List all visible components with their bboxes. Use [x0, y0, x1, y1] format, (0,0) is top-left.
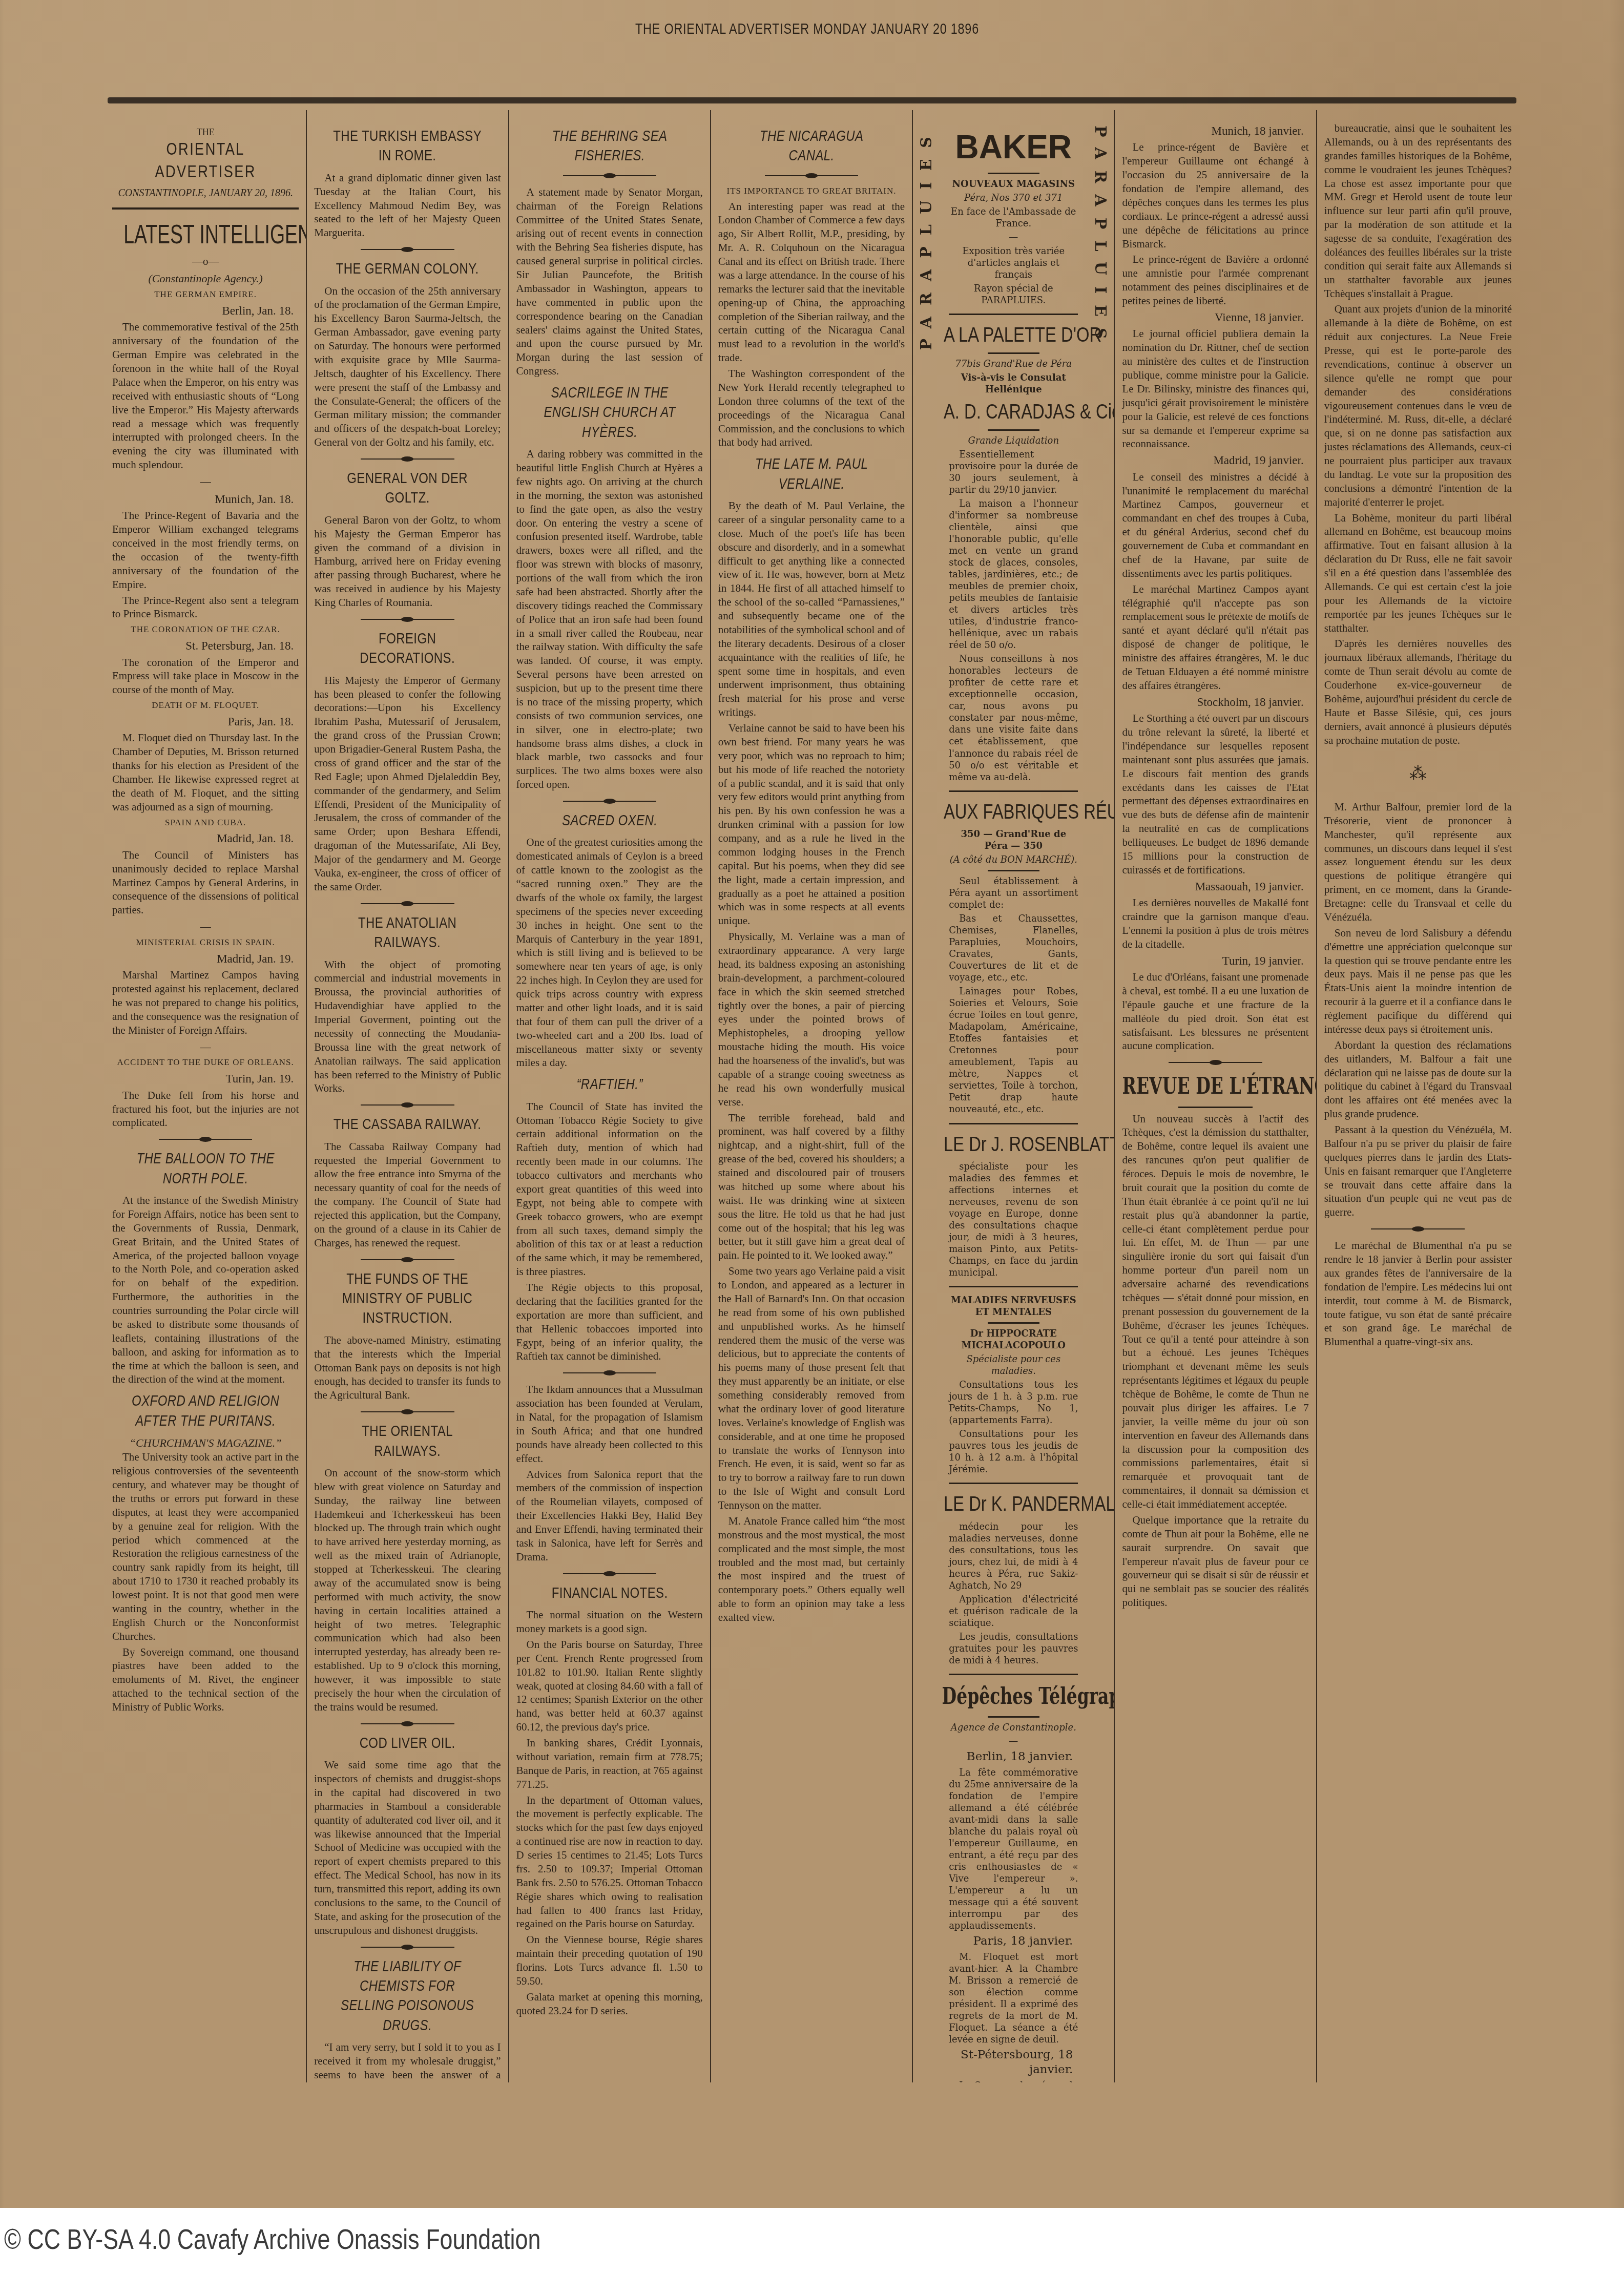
display-heading: REVUE DE L'ÉTRANGER.: [1122, 1072, 1308, 1101]
dateline: Berlin, Jan. 18.: [112, 303, 294, 318]
asterism: ⁂: [1324, 762, 1512, 785]
paragraph: Le prince-régent de Bavière a ordonné un…: [1122, 253, 1308, 308]
paragraph: Galata market at opening this morning, q…: [516, 1990, 703, 2018]
ornament-rule: [314, 617, 501, 622]
paragraph: Some two years ago Verlaine paid a visit…: [718, 1264, 905, 1512]
ad-heading: LE Dr K. PANDERMALY,: [944, 1491, 1083, 1517]
ad-heading: A. D. CARADJAS & Cie: [944, 399, 1083, 425]
ad-line: Rayon spécial de PARAPLUIES.: [949, 283, 1078, 306]
separator: —: [112, 920, 299, 934]
dateline: Stockholm, 18 janvier.: [1122, 695, 1303, 710]
paragraph: The Prince-Regent of Bavaria and the Emp…: [112, 509, 299, 591]
paragraph: On account of the snow-storm which blew …: [314, 1466, 501, 1714]
article-headline: THE GERMAN COLONY.: [333, 259, 482, 279]
paragraph: Nous conseillons à nos honorables lecteu…: [949, 653, 1078, 783]
paragraph: M. Floquet est mort avant-hier. A la Cha…: [949, 1951, 1078, 2046]
ad-heading: LE Dr J. ROSENBLATT: [944, 1132, 1083, 1158]
ad-line: En face de l'Ambassade de France.: [949, 206, 1078, 230]
paragraph: By Sovereign command, one thousand piast…: [112, 1645, 299, 1714]
ornament-rule: [314, 456, 501, 462]
paragraph: The terrible forehead, bald and prominen…: [718, 1111, 905, 1263]
paragraph: In the department of Ottoman values, the…: [516, 1794, 703, 1931]
ad-line: Spécialiste pour ces maladies.: [949, 1353, 1078, 1377]
paragraph: On the Viennese bourse, Régie shares mai…: [516, 1933, 703, 1988]
article-headline: THE BEHRING SEA FISHERIES.: [535, 127, 684, 166]
paragraph: Le Storthing a été ouvert par un discour…: [1122, 712, 1308, 877]
article-headline: FOREIGN DECORATIONS.: [333, 629, 482, 669]
paragraph: General Baron von der Goltz, to whom his…: [314, 513, 501, 610]
paragraph: The coronation of the Emperor and Empres…: [112, 656, 299, 697]
ad-divider: [949, 1483, 1078, 1484]
paragraph: Le duc d'Orléans, faisant une promenade …: [1122, 970, 1308, 1053]
paragraph: La Bohème, moniteur du parti libéral all…: [1324, 511, 1512, 635]
ad-line: Exposition très variée d'articles anglai…: [949, 245, 1078, 281]
ornament-rule: [314, 1257, 501, 1262]
newspaper-page: THE ORIENTAL ADVERTISER MONDAY JANUARY 2…: [0, 0, 1624, 2208]
paragraph: The Prince-Regent also sent a telegram t…: [112, 594, 299, 621]
short-rule: [988, 1716, 1039, 1718]
article-headline: THE NICARAGUA CANAL.: [737, 127, 886, 166]
paragraph: Son neveu de lord Salisbury a défendu d'…: [1324, 926, 1512, 1036]
masthead-title: ORIENTAL ADVERTISER: [131, 138, 280, 183]
paragraph: Le maréchal de Blumenthal n'a pu se rend…: [1324, 1239, 1512, 1349]
paragraph: By the death of M. Paul Verlaine, the ca…: [718, 499, 905, 719]
article-headline: SACRILEGE IN THE ENGLISH CHURCH AT HYÈRE…: [535, 383, 684, 442]
ornament-rule: [1324, 1226, 1512, 1232]
separator: —: [112, 1040, 299, 1054]
running-head: THE ORIENTAL ADVERTISER MONDAY JANUARY 2…: [635, 20, 1115, 38]
paragraph: The normal situation on the Western mone…: [516, 1608, 703, 1636]
paragraph: Le conseil des ministres a décidé à l'un…: [1122, 470, 1308, 580]
paragraph: One of the greatest curiosities among th…: [516, 836, 703, 1070]
paragraph: Les jeudis, consultations gratuites pour…: [949, 1631, 1078, 1666]
paragraph: Seul établissement à Péra ayant un assor…: [949, 875, 1078, 911]
paragraph: La fête commémorative du 25me anniversai…: [949, 1767, 1078, 1932]
paragraph: Lainages pour Robes, Soieries et Velours…: [949, 986, 1078, 1115]
dateline: Munich, Jan. 18.: [112, 492, 294, 507]
dateline: Madrid, Jan. 18.: [112, 831, 294, 846]
dateline: Munich, 18 janvier.: [1122, 123, 1303, 138]
paragraph: M. Anatole France called him “the most m…: [718, 1514, 905, 1624]
column-6: Munich, 18 janvier.Le prince-régent de B…: [1115, 110, 1317, 2082]
license-footer: © CC BY-SA 4.0 Cavafy Archive Onassis Fo…: [0, 2208, 1624, 2273]
dateline: Paris, 18 janvier.: [949, 1934, 1073, 1949]
article-headline: THE LIABILITY OF CHEMISTS FOR SELLING PO…: [333, 1957, 482, 2036]
ad-divider: [949, 1123, 1078, 1124]
article-headline: THE CASSABA RAILWAY.: [333, 1115, 482, 1134]
dateline: Berlin, 18 janvier.: [949, 1749, 1073, 1764]
paragraph: The commemorative festival of the 25th a…: [112, 320, 299, 472]
article-headline: GENERAL VON DER GOLTZ.: [333, 469, 482, 508]
ad-divider: [949, 1286, 1078, 1287]
ad-line: —: [949, 232, 1078, 243]
paragraph: On the Paris bourse on Saturday, Three p…: [516, 1638, 703, 1734]
paragraph: With the object of promoting commercial …: [314, 958, 501, 1096]
paragraph: “I am very serry, but I sold it to you a…: [314, 2040, 501, 2082]
paragraph: On the occasion of the 25th anniversary …: [314, 284, 501, 450]
paragraph: bureaucratie, ainsi que le souhaitent le…: [1324, 121, 1512, 300]
paragraph: Un nouveau succès à l'actif des Tchèques…: [1122, 1112, 1308, 1511]
subheading: ACCIDENT TO THE DUKE OF ORLEANS.: [112, 1057, 299, 1068]
ad-line: (A côté du BON MARCHÉ).: [949, 854, 1078, 866]
paragraph: Abordant la question des réclamations de…: [1324, 1038, 1512, 1121]
paragraph: Verlaine cannot be said to have been his…: [718, 721, 905, 928]
paragraph: The University took an active part in th…: [112, 1450, 299, 1643]
dateline: Turin, Jan. 19.: [112, 1071, 294, 1086]
column-2: THE TURKISH EMBASSY IN ROME.At a grand d…: [307, 110, 509, 2082]
ad-heading: AUX FABRIQUES RÉUNIES: [944, 799, 1083, 825]
ornament-rule: [516, 1370, 703, 1375]
paragraph: Passant à la question du Vénézuéla, M. B…: [1324, 1123, 1512, 1219]
paragraph: Le maréchal Martinez Campos ayant télégr…: [1122, 582, 1308, 693]
ornament-rule: [112, 1137, 299, 1142]
ad-line: Péra, Nos 370 et 371: [949, 192, 1078, 204]
dateline: Madrid, Jan. 19.: [112, 951, 294, 966]
dateline: Vienne, 18 janvier.: [1122, 310, 1303, 325]
dateline: St-Pétersbourg, 18 janvier.: [949, 2048, 1073, 2078]
ornament-rule: [516, 173, 703, 178]
column-3: THE BEHRING SEA FISHERIES.A statement ma…: [509, 110, 711, 2082]
short-rule: [988, 352, 1039, 354]
display-heading: Dépêches Télégraphiques.: [942, 1682, 1085, 1711]
ornament-rule: [314, 901, 501, 906]
paragraph: A statement made by Senator Morgan, chai…: [516, 185, 703, 378]
paragraph: Quant aux projets d'union de la minorité…: [1324, 302, 1512, 509]
paragraph: médecin pour les maladies nerveuses, don…: [949, 1521, 1078, 1592]
ornament-rule: [314, 1721, 501, 1726]
separator: —o—: [112, 255, 299, 268]
ornament-rule: [314, 247, 501, 252]
article-headline: “RAFTIEH.”: [535, 1075, 684, 1094]
paragraph: Consultations tous les jours de 1 h. à 3…: [949, 1379, 1078, 1426]
masthead-the: THE: [112, 127, 299, 138]
license-text: © CC BY-SA 4.0 Cavafy Archive Onassis Fo…: [4, 2222, 540, 2256]
ad-title: BAKER: [949, 127, 1078, 169]
ornament-rule: [1122, 1060, 1308, 1065]
ornament-rule: [314, 1409, 501, 1414]
paragraph: Application d'électricité et guérison ra…: [949, 1594, 1078, 1629]
dateline: St. Petersburg, Jan. 18.: [112, 638, 294, 653]
paragraph: The Washington correspondent of the New …: [718, 367, 905, 449]
ad-line: Grande Liquidation: [949, 435, 1078, 447]
dateline: Turin, 19 janvier.: [1122, 953, 1303, 968]
paragraph: Quelque importance que la retraite du co…: [1122, 1513, 1308, 1610]
ornament-rule: [516, 799, 703, 804]
column-5-advertisements: PARAPLUIES PARAPLUIES BAKERNOUVEAUX MAGA…: [913, 110, 1115, 2082]
dateline: Massaouah, 19 janvier.: [1122, 879, 1303, 894]
ad-line: Dr HIPPOCRATE MICHALACOPOULO: [949, 1328, 1078, 1351]
parapluies-vertical-right: PARAPLUIES: [1089, 126, 1110, 350]
ornament-rule: [718, 173, 905, 178]
paragraph: The Duke fell from his horse and fractur…: [112, 1089, 299, 1130]
short-rule: [988, 1322, 1039, 1324]
paragraph: Le prince-régent de Bavière et l'empereu…: [1122, 140, 1308, 251]
short-rule: [988, 173, 1039, 174]
article-headline: THE BALLOON TO THE NORTH POLE.: [131, 1149, 280, 1188]
paragraph: Bas et Chaussettes, Chemises, Flanelles,…: [949, 913, 1078, 984]
article-headline: THE TURKISH EMBASSY IN ROME.: [333, 127, 482, 166]
paragraph: At a grand diplomatic dinner given last …: [314, 171, 501, 240]
paragraph: The above-named Ministry, estimating tha…: [314, 1333, 501, 1402]
source-credit: (Constantinople Agency.): [112, 272, 299, 286]
column-grid: THE ORIENTAL ADVERTISER CONSTANTINOPLE, …: [105, 110, 1519, 2082]
ad-line: MALADIES NERVEUSES ET MENTALES: [949, 1295, 1078, 1318]
paragraph: We said some time ago that the inspector…: [314, 1758, 501, 1937]
paragraph: Le Czar a ordonné que le couronnement de…: [949, 2080, 1078, 2082]
ad-line: 350 — Grand'Rue de Péra — 350: [949, 828, 1078, 852]
ad-line: Vis-à-vis le Consulat Hellénique: [949, 372, 1078, 395]
article-headline: OXFORD AND RELIGION AFTER THE PURITANS.: [131, 1391, 280, 1431]
paragraph: The Cassaba Railway Company had requeste…: [314, 1140, 501, 1250]
paragraph: Physically, M. Verlaine was a man of ext…: [718, 930, 905, 1109]
paragraph: D'après les dernières nouvelles des jour…: [1324, 637, 1512, 747]
parapluies-vertical-left: PARAPLUIES: [917, 126, 938, 350]
article-headline: SACRED OXEN.: [535, 811, 684, 830]
ad-line: NOUVEAUX MAGASINS: [949, 178, 1078, 190]
short-rule: [1178, 1107, 1253, 1108]
article-headline: COD LIVER OIL.: [333, 1734, 482, 1753]
ad-divider: [949, 1674, 1078, 1675]
separator: —: [112, 475, 299, 489]
short-rule: [988, 429, 1039, 431]
masthead-divider: [112, 207, 299, 210]
paragraph: Les dernières nouvelles de Makallé font …: [1122, 896, 1308, 951]
section-title: LATEST INTELLIGENCE: [123, 218, 287, 252]
column-7: bureaucratie, ainsi que le souhaitent le…: [1317, 110, 1519, 2082]
subheading: SPAIN AND CUBA.: [112, 817, 299, 828]
article-headline: THE FUNDS OF THE MINISTRY OF PUBLIC INST…: [333, 1269, 482, 1328]
paragraph: His Majesty the Emperor of Germany has b…: [314, 674, 501, 894]
ad-line: 77bis Grand'Rue de Péra: [949, 358, 1078, 370]
subheading: THE GERMAN EMPIRE.: [112, 289, 299, 300]
paragraph: A daring robbery was committed in the be…: [516, 447, 703, 791]
ornament-rule: [314, 1102, 501, 1108]
dateline: Paris, Jan. 18.: [112, 714, 294, 729]
paragraph: Advices from Salonica report that the me…: [516, 1468, 703, 1564]
paragraph: The Régie objects to this proposal, decl…: [516, 1281, 703, 1363]
ad-divider: [949, 790, 1078, 792]
paragraph: An interesting paper was read at the Lon…: [718, 200, 905, 365]
paragraph: Consultations pour les pauvres tous les …: [949, 1428, 1078, 1475]
paragraph: Essentiellement provisoire pour la durée…: [949, 449, 1078, 496]
ad-heading: A LA PALETTE D'OR: [944, 322, 1083, 348]
paragraph: M. Floquet died on Thursday last. In the…: [112, 731, 299, 814]
paragraph: At the instance of the Swedish Ministry …: [112, 1194, 299, 1386]
article-headline: THE ORIENTAL RAILWAYS.: [333, 1422, 482, 1461]
subheading: MINISTERIAL CRISIS IN SPAIN.: [112, 937, 299, 948]
subheading: DEATH OF M. FLOQUET.: [112, 700, 299, 711]
column-1: THE ORIENTAL ADVERTISER CONSTANTINOPLE, …: [105, 110, 307, 2082]
subheading: ITS IMPORTANCE TO GREAT BRITAIN.: [718, 185, 905, 197]
paragraph: spécialiste pour les maladies des femmes…: [949, 1161, 1078, 1279]
ornament-rule: [314, 1945, 501, 1950]
paragraph: The Council of State has invited the Ott…: [516, 1100, 703, 1279]
ornament-rule: [516, 1571, 703, 1576]
paragraph: M. Arthur Balfour, premier lord de la Tr…: [1324, 800, 1512, 924]
article-headline: FINANCIAL NOTES.: [535, 1583, 684, 1603]
masthead-dateline: CONSTANTINOPLE, JANUARY 20, 1896.: [112, 187, 299, 200]
masthead-rule: [108, 97, 1516, 103]
short-rule: [988, 870, 1039, 871]
ad-divider: [949, 314, 1078, 315]
subheading: THE CORONATION OF THE CZAR.: [112, 624, 299, 635]
column-4: THE NICARAGUA CANAL.ITS IMPORTANCE TO GR…: [711, 110, 913, 2082]
dateline: Madrid, 19 janvier.: [1122, 453, 1303, 468]
paragraph: In banking shares, Crédit Lyonnais, with…: [516, 1736, 703, 1791]
paragraph: The Ikdam announces that a Mussulman ass…: [516, 1383, 703, 1465]
paragraph: Le journal officiel publiera demain la n…: [1122, 327, 1308, 451]
paragraph: Marshal Martinez Campos having protested…: [112, 968, 299, 1037]
source-credit: “CHURCHMAN'S MAGAZINE.”: [112, 1436, 299, 1450]
ad-line: Agence de Constantinople.: [949, 1722, 1078, 1734]
paragraph: La maison a l'honneur d'informer sa nomb…: [949, 498, 1078, 651]
article-headline: THE LATE M. PAUL VERLAINE.: [737, 454, 886, 494]
ad-line: —: [949, 1736, 1078, 1747]
paragraph: The Council of Ministers has unanimously…: [112, 848, 299, 917]
article-headline: THE ANATOLIAN RAILWAYS.: [333, 913, 482, 953]
